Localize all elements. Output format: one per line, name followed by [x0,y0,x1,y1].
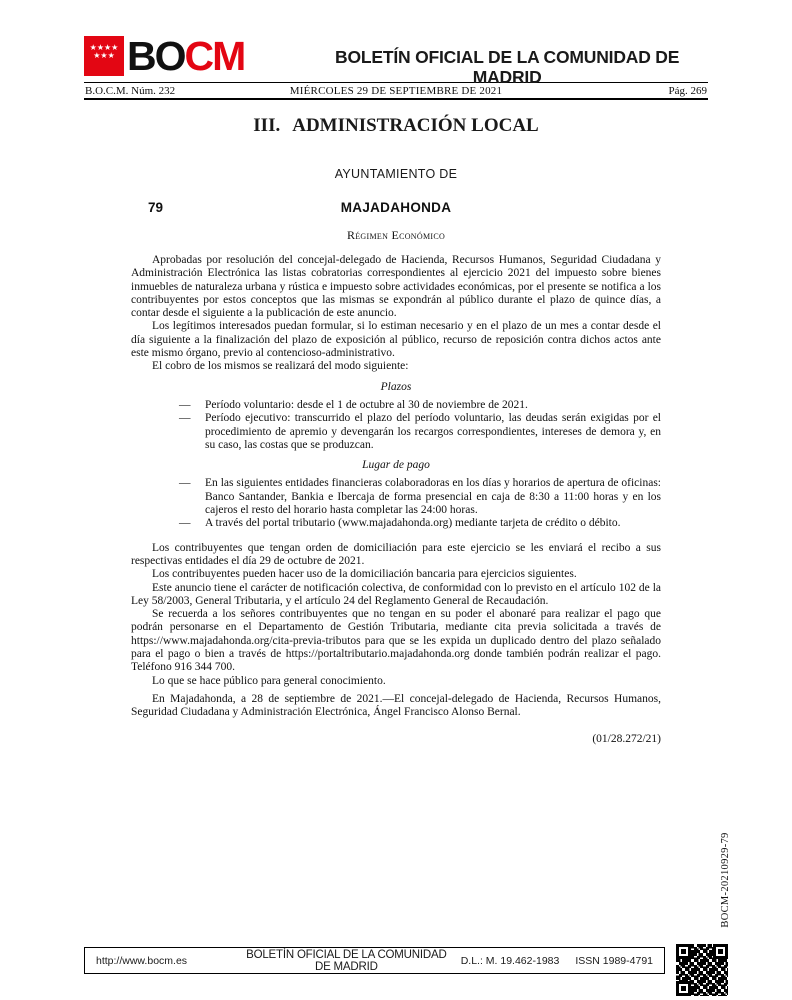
paragraph: Los contribuyentes pueden hacer uso de l… [131,568,661,581]
paragraph: Lo que se hace público para general cono… [131,675,661,688]
announcement-number: 79 [148,200,163,215]
subheading-plazos: Plazos [131,381,661,394]
issue-number: B.O.C.M. Núm. 232 [85,85,245,97]
authority-heading: AYUNTAMIENTO DE [131,167,661,181]
section-roman-numeral: III. [253,115,280,136]
bulletin-page: ★★★★ ★★★ BOCM BOLETÍN OFICIAL DE LA COMU… [0,0,792,1000]
footer-issn: ISSN 1989-4791 [575,955,653,967]
plazos-list: —Período voluntario: desde el 1 de octub… [131,399,661,452]
list-item: —En las siguientes entidades financieras… [131,477,661,517]
logo-text-black: BO [127,33,185,79]
bulletin-title: BOLETÍN OFICIAL DE LA COMUNIDAD DE MADRI… [306,47,708,87]
category-heading: Régimen Económico [131,228,661,243]
footer-deposit-legal: D.L.: M. 19.462-1983 [461,955,560,967]
main-content: III.ADMINISTRACIÓN LOCAL AYUNTAMIENTO DE… [131,116,661,746]
municipality-row: 79 MAJADAHONDA [131,200,661,215]
footer-bar: http://www.bocm.es BOLETÍN OFICIAL DE LA… [84,947,665,974]
announcement-body: Aprobadas por resolución del concejal-de… [131,254,661,746]
page-number: Pág. 269 [547,85,707,97]
paragraph: Los contribuyentes que tengan orden de d… [131,542,661,569]
list-item-text: En las siguientes entidades financieras … [205,477,661,516]
masthead: ★★★★ ★★★ BOCM BOLETÍN OFICIAL DE LA COMU… [84,36,708,78]
logo-text-red: CM [185,33,245,79]
bocm-logo: ★★★★ ★★★ BOCM [84,36,244,76]
dash-marker: — [179,477,191,490]
list-item-text: A través del portal tributario (www.maja… [205,517,620,529]
qr-finder-icon [713,944,728,959]
subheading-lugar-de-pago: Lugar de pago [131,459,661,472]
signoff-paragraph: En Majadahonda, a 28 de septiembre de 20… [131,693,661,720]
footer-title: BOLETÍN OFICIAL DE LA COMUNIDAD DE MADRI… [246,949,447,973]
issue-date: MIÉRCOLES 29 DE SEPTIEMBRE DE 2021 [245,85,547,97]
section-title: III.ADMINISTRACIÓN LOCAL [131,116,661,136]
list-item: —A través del portal tributario (www.maj… [131,517,661,530]
list-item: —Período voluntario: desde el 1 de octub… [131,399,661,412]
paragraph: Aprobadas por resolución del concejal-de… [131,254,661,320]
footer-url: http://www.bocm.es [96,955,246,967]
dash-marker: — [179,517,191,530]
paragraph: Los legítimos interesados puedan formula… [131,320,661,360]
paragraph: El cobro de los mismos se realizará del … [131,360,661,373]
reference-code: (01/28.272/21) [131,733,661,746]
list-item: —Período ejecutivo: transcurrido el plaz… [131,412,661,452]
bocm-logotype: BOCM [127,36,244,76]
dash-marker: — [179,399,191,412]
qr-code-icon [676,944,728,996]
paragraph: Este anuncio tiene el carácter de notifi… [131,582,661,609]
madrid-flag-icon: ★★★★ ★★★ [84,36,124,76]
municipality-name: MAJADAHONDA [131,200,661,215]
document-id-vertical: BOCM-20210929-79 [720,825,734,935]
header-rule-thick [84,98,708,100]
qr-finder-icon [676,981,691,996]
lugar-de-pago-list: —En las siguientes entidades financieras… [131,477,661,530]
masthead-title-wrap: BOLETÍN OFICIAL DE LA COMUNIDAD DE MADRI… [244,36,708,87]
header-infoline: B.O.C.M. Núm. 232 MIÉRCOLES 29 DE SEPTIE… [84,83,708,98]
list-item-text: Período voluntario: desde el 1 de octubr… [205,399,528,411]
section-title-text: ADMINISTRACIÓN LOCAL [292,115,539,136]
paragraph: Se recuerda a los señores contribuyentes… [131,608,661,674]
flag-stars-bottom: ★★★ [93,52,115,60]
dash-marker: — [179,412,191,425]
qr-finder-icon [676,944,691,959]
list-item-text: Período ejecutivo: transcurrido el plazo… [205,412,661,451]
page-header: ★★★★ ★★★ BOCM BOLETÍN OFICIAL DE LA COMU… [84,36,708,100]
